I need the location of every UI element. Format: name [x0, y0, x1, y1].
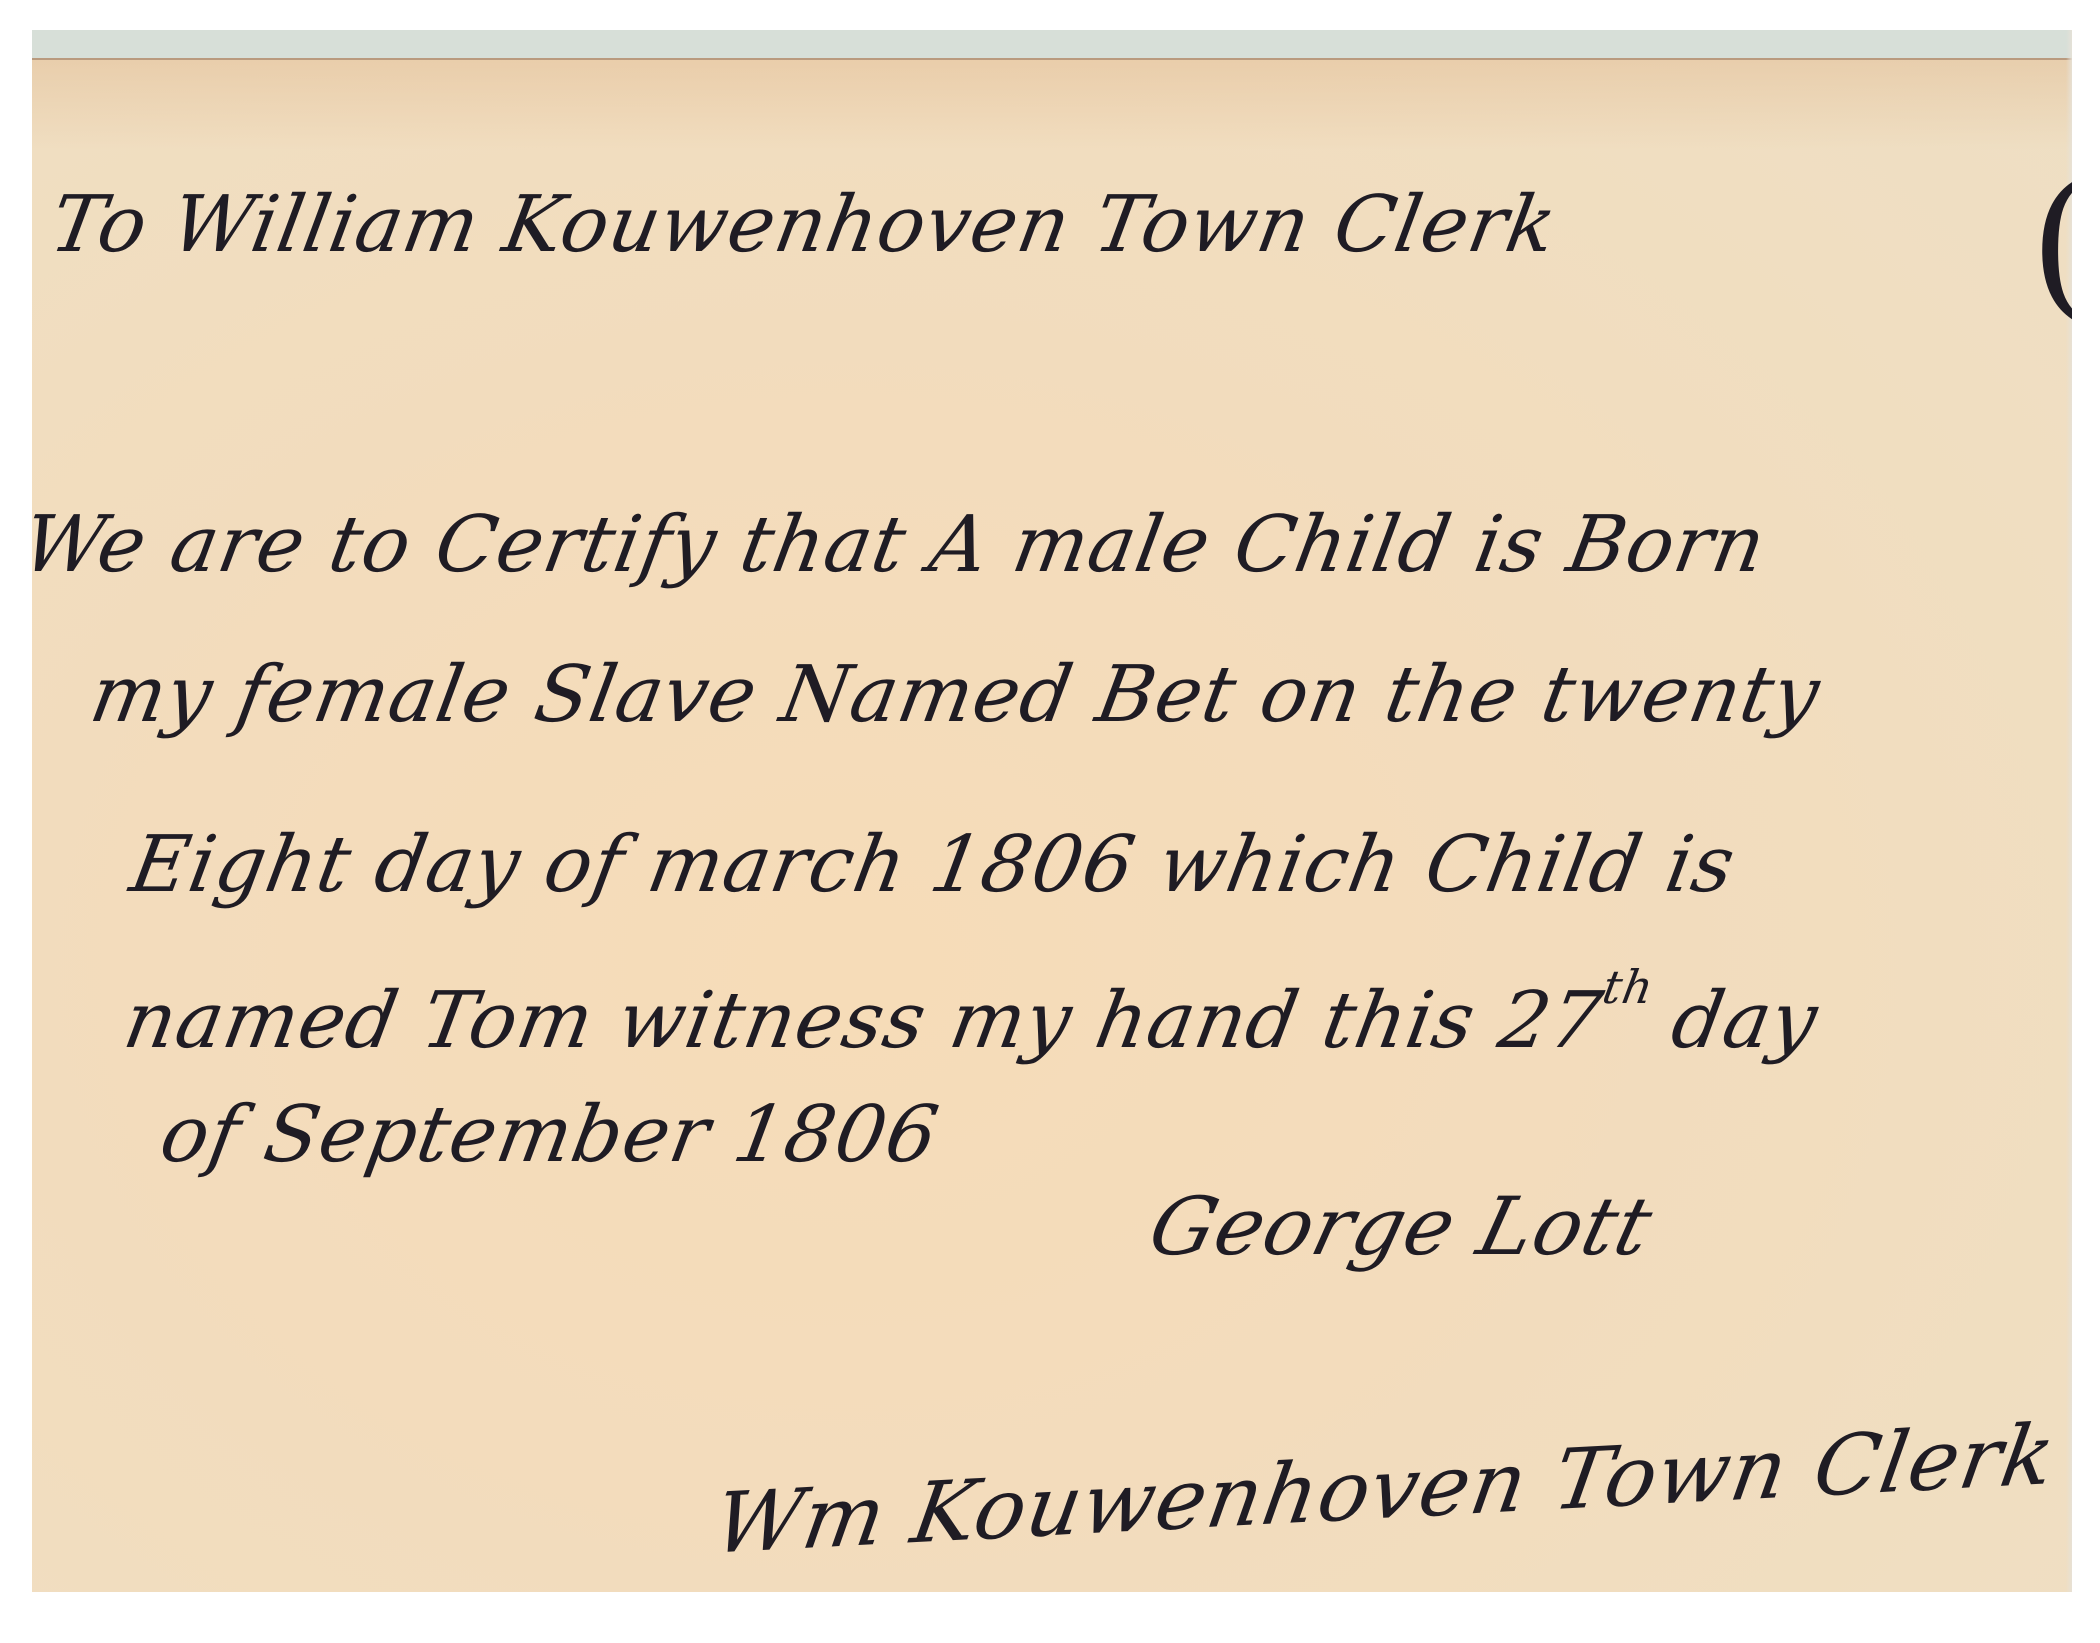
certificate-line-1: We are to Certify that A male Child is B… — [32, 500, 1773, 590]
owner-signature: George Lott — [1140, 1180, 1661, 1273]
torn-top-edge — [32, 30, 2072, 60]
clerk-name-prefix: Wm — [708, 1466, 893, 1573]
certificate-line-2: my female Slave Named Bet on the twenty — [84, 650, 1827, 740]
certificate-line-5: of September 1806 — [154, 1090, 945, 1180]
certificate-line-4: named Tom witness my hand this 27th day — [118, 960, 1828, 1066]
clerk-name: Kouwenhoven Town Clerk — [877, 1405, 2062, 1563]
margin-bracket-mark: ( — [2030, 150, 2072, 337]
document-page: To William Kouwenhoven Town Clerk ( We a… — [32, 30, 2072, 1592]
clerk-signature: Wm Kouwenhoven Town Clerk — [708, 1405, 2063, 1572]
line-4-main: named Tom witness my hand this 27 — [118, 976, 1610, 1066]
line-4-end: day — [1639, 976, 1824, 1066]
certificate-line-3: Eight day of march 1806 which Child is — [124, 820, 1742, 910]
address-line: To William Kouwenhoven Town Clerk — [44, 180, 1563, 270]
